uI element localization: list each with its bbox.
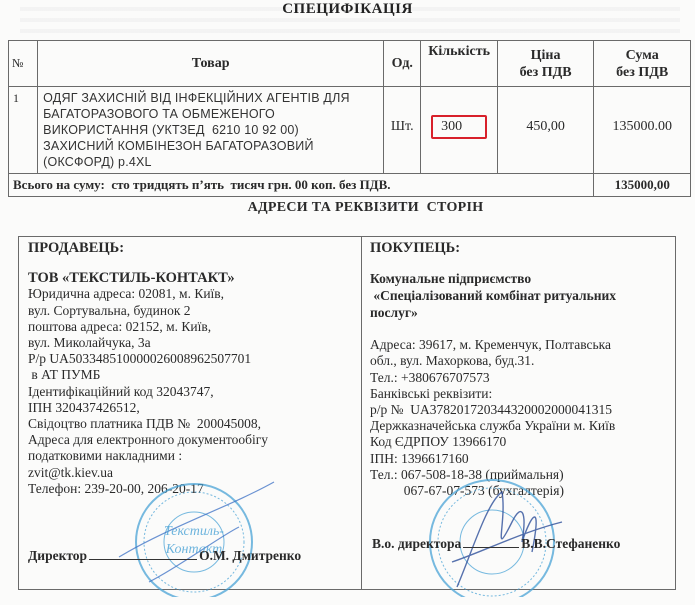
header-sum: Сума без ПДВ [594, 41, 691, 87]
buyer-line: Тел.: +380676707573 [370, 370, 675, 386]
good-line: ОДЯГ ЗАХИСНІЙ ВІД ІНФЕКЦІЙНИХ АГЕНТІВ ДЛ… [43, 90, 379, 106]
seller-line: поштова адреса: 02152, м. Київ, [28, 319, 361, 335]
seller-sign-role: Директор [28, 548, 87, 563]
parties-box: ПРОДАВЕЦЬ: ТОВ «ТЕКСТИЛЬ-КОНТАКТ» Юридич… [18, 236, 676, 590]
addresses-title: АДРЕСИ ТА РЕКВІЗИТИ СТОРІН [0, 200, 695, 216]
cell-num: 1 [9, 87, 38, 174]
seller-line: Ідентифікаційний код 32043747, [28, 384, 361, 400]
good-line: ЗАХИСНИЙ КОМБІНЕЗОН БАГАТОРАЗОВИЙ [43, 138, 379, 154]
cell-price: 450,00 [497, 87, 594, 174]
seller-line: Р/р UA503348510000026008962507701 [28, 351, 361, 367]
table-header-row: № Товар Од. Кількість Ціна без ПДВ Сума … [9, 41, 691, 87]
good-line: (ОКСФОРД) р.4XL [43, 154, 379, 170]
buyer-name-line: Комунальне підприємство [370, 270, 675, 287]
seller-line: ІПН 320437426512, [28, 400, 361, 416]
cell-unit: Шт. [384, 87, 421, 174]
cell-sum: 135000.00 [594, 87, 691, 174]
buyer-line: обл., вул. Махоркова, буд.31. [370, 353, 675, 369]
seller-sign-name: О.М. Дмитренко [199, 548, 301, 563]
buyer-heading: ПОКУПЕЦЬ: [370, 240, 675, 256]
seller-block: ПРОДАВЕЦЬ: ТОВ «ТЕКСТИЛЬ-КОНТАКТ» Юридич… [19, 237, 362, 589]
header-sum-line1: Сума [594, 47, 690, 64]
header-price-line2: без ПДВ [498, 64, 594, 81]
header-sum-line2: без ПДВ [594, 64, 690, 81]
specification-table: № Товар Од. Кількість Ціна без ПДВ Сума … [8, 40, 691, 197]
buyer-name-line: «Спеціалізований комбінат ритуальних [370, 287, 675, 304]
seller-signature-line: ДиректорО.М. Дмитренко [28, 547, 301, 564]
seller-line: вул. Миколайчука, 3а [28, 335, 361, 351]
cell-qty: 300 [421, 87, 497, 174]
buyer-line: 067-67-07-573 (бухгалтерія) [370, 483, 675, 499]
header-qty: Кількість [421, 41, 497, 87]
svg-text:Текстиль-: Текстиль- [164, 524, 224, 539]
seller-phone: Телефон: 239-20-00, 206-20-17 [28, 481, 361, 497]
seller-line: податковими накладними : [28, 448, 361, 464]
buyer-name-line: послуг» [370, 304, 675, 321]
good-line: ВИКОРИСТАННЯ (УКТЗЕД 6210 10 92 00) [43, 122, 379, 138]
header-num: № [9, 41, 38, 87]
cell-good: ОДЯГ ЗАХИСНІЙ ВІД ІНФЕКЦІЙНИХ АГЕНТІВ ДЛ… [38, 87, 384, 174]
buyer-line: Банківські реквізити: [370, 386, 675, 402]
buyer-line: р/р № UA378201720344320002000041315 [370, 402, 675, 418]
buyer-name: Комунальне підприємство «Спеціалізований… [370, 270, 675, 321]
page-title: СПЕЦИФІКАЦІЯ [0, 1, 695, 18]
buyer-line: Тел.: 067-508-18-38 (приймальня) [370, 467, 675, 483]
buyer-sign-name: В.В.Стефаненко [521, 536, 620, 551]
seller-line: Адреса для електронного документообігу [28, 432, 361, 448]
seller-email: zvit@tk.kiev.ua [28, 465, 361, 481]
header-price-line1: Ціна [498, 47, 594, 64]
table-row: 1 ОДЯГ ЗАХИСНІЙ ВІД ІНФЕКЦІЙНИХ АГЕНТІВ … [9, 87, 691, 174]
seller-line: в АТ ПУМБ [28, 367, 361, 383]
good-line: БАГАТОРАЗОВОГО ТА ОБМЕЖЕНОГО [43, 106, 379, 122]
table-total-row: Всього на суму: сто тридцять п’ять тисяч… [9, 174, 691, 197]
header-unit: Од. [384, 41, 421, 87]
buyer-line: Код ЄДРПОУ 13966170 [370, 434, 675, 450]
buyer-line: Адреса: 39617, м. Кременчук, Полтавська [370, 337, 675, 353]
buyer-block: ПОКУПЕЦЬ: Комунальне підприємство «Спеці… [362, 237, 675, 589]
buyer-signature-line: В.о. директораВ.В.Стефаненко [372, 535, 620, 552]
total-value: 135000,00 [594, 174, 691, 197]
header-price: Ціна без ПДВ [497, 41, 594, 87]
seller-heading: ПРОДАВЕЦЬ: [28, 240, 361, 256]
seller-line: Юридична адреса: 02081, м. Київ, [28, 286, 361, 302]
buyer-sign-role: В.о. директора [372, 536, 461, 551]
signature-blank [463, 535, 519, 548]
seller-line: вул. Сортувальна, будинок 2 [28, 303, 361, 319]
header-good: Товар [38, 41, 384, 87]
seller-line: Свідоцтво платника ПДВ № 200045008, [28, 416, 361, 432]
signature-blank [89, 547, 197, 560]
seller-name: ТОВ «ТЕКСТИЛЬ-КОНТАКТ» [28, 270, 361, 286]
buyer-line: Держказначейська служба України м. Київ [370, 418, 675, 434]
buyer-line: ІПН: 1396617160 [370, 451, 675, 467]
qty-highlight-box: 300 [431, 115, 487, 139]
total-label: Всього на суму: сто тридцять п’ять тисяч… [9, 174, 594, 197]
